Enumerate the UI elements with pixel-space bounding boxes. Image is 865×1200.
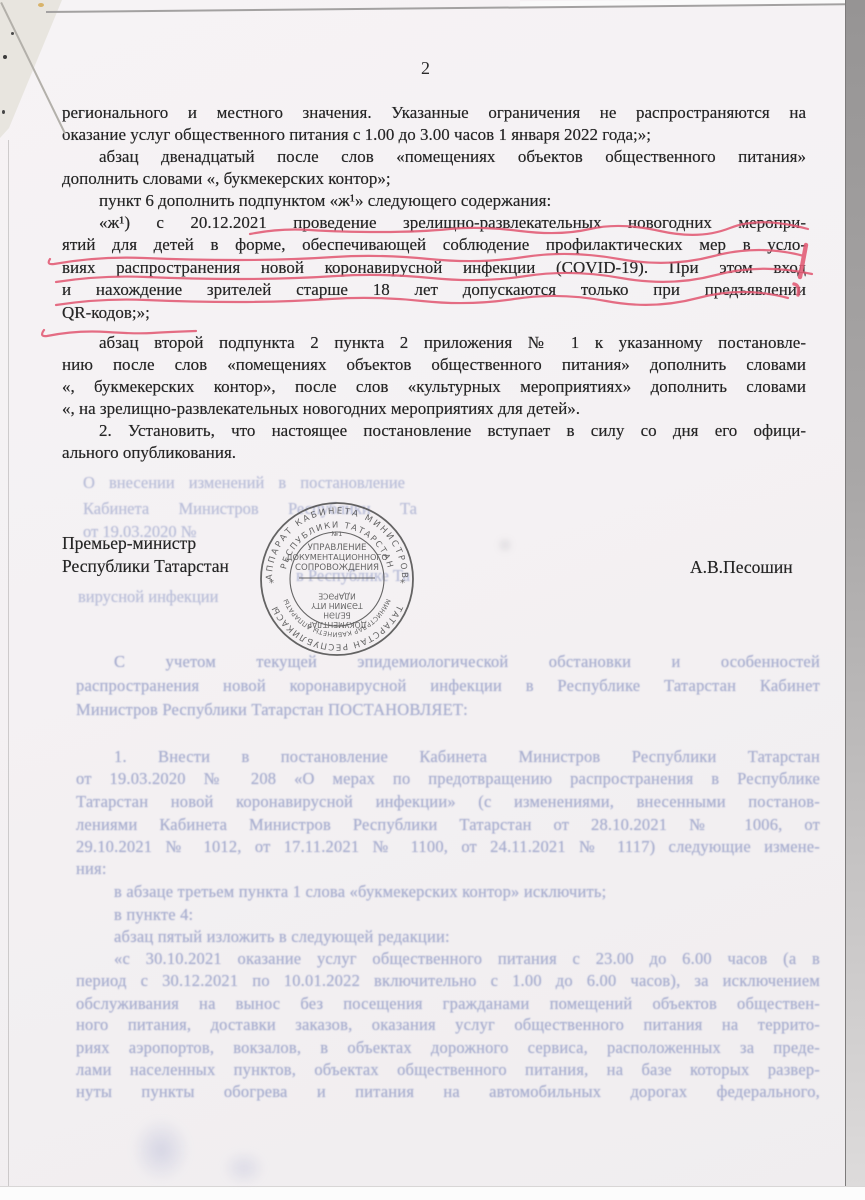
stamp-tatar-line3: ТӘЭМИН ИТҮ: [311, 601, 364, 610]
stamp-dept-line3: СОПРОВОЖДЕНИЯ: [295, 563, 379, 573]
document-text-line: абзац двенадцатый после слов «помещениях…: [62, 147, 806, 166]
official-stamp-graphic: АППАРАТ КАБИНЕТА МИНИСТРОВ РЕСПУБЛИКИ ТА…: [252, 494, 422, 664]
document-text-line: «, на зрелищно-развлекательных новогодни…: [62, 399, 806, 418]
stamp-star-right-icon: *: [400, 578, 405, 589]
document-text-line: 2. Установить, что настоящее постановлен…: [62, 421, 806, 440]
stamp-number: №1: [331, 530, 343, 538]
document-text-line: регионального и местного значения. Указа…: [62, 103, 806, 122]
signatory-role-line1: Премьер-министр: [62, 533, 196, 554]
scanned-document-page: { "page_number": "2", "main_text": { "li…: [0, 0, 865, 1200]
signatory-name: А.В.Песошин: [690, 557, 793, 578]
document-text-line: «, букмекерских контор», после слов «кул…: [62, 377, 806, 396]
document-text-line: «ж¹) с 20.12.2021 проведение зрелищно-ра…: [62, 213, 806, 232]
document-text-line: абзац второй подпункта 2 пункта 2 прилож…: [62, 333, 806, 352]
stamp-star-left-icon: *: [269, 578, 274, 589]
document-text-line: оказание услуг общественного питания с 1…: [62, 125, 806, 144]
stamp-tatar-line2: БЕЛӘН: [323, 611, 350, 620]
stamp-tatar-line1: ДОКУМЕНТЛАР: [307, 620, 367, 629]
document-text-line: ятий для детей в форме, обеспечивающей с…: [62, 235, 806, 254]
document-text-line: нию после слов «помещениях объектов обще…: [62, 355, 806, 374]
document-text-line: виях распространения новой коронавирусно…: [62, 258, 806, 277]
document-text-layer: 2 регионального и местного значения. Ука…: [0, 0, 865, 1200]
document-text-line: QR-кодов;»;: [62, 303, 806, 322]
document-text-line: пункт 6 дополнить подпунктом «ж¹» следую…: [62, 191, 806, 210]
official-stamp: АППАРАТ КАБИНЕТА МИНИСТРОВ РЕСПУБЛИКИ ТА…: [252, 494, 422, 669]
stamp-tatar-line4: ИДАРӘСЕ: [318, 592, 356, 601]
document-text-line: дополнить словами «, букмекерских контор…: [62, 169, 806, 188]
document-text-line: и нахождение зрителей старше 18 лет допу…: [62, 280, 806, 299]
document-text-line: ального опубликования.: [62, 443, 806, 462]
page-number: 2: [421, 58, 430, 79]
stamp-dept-line2: ДОКУМЕНТАЦИОННОГО: [286, 552, 388, 562]
signatory-role-line2: Республики Татарстан: [62, 556, 229, 577]
